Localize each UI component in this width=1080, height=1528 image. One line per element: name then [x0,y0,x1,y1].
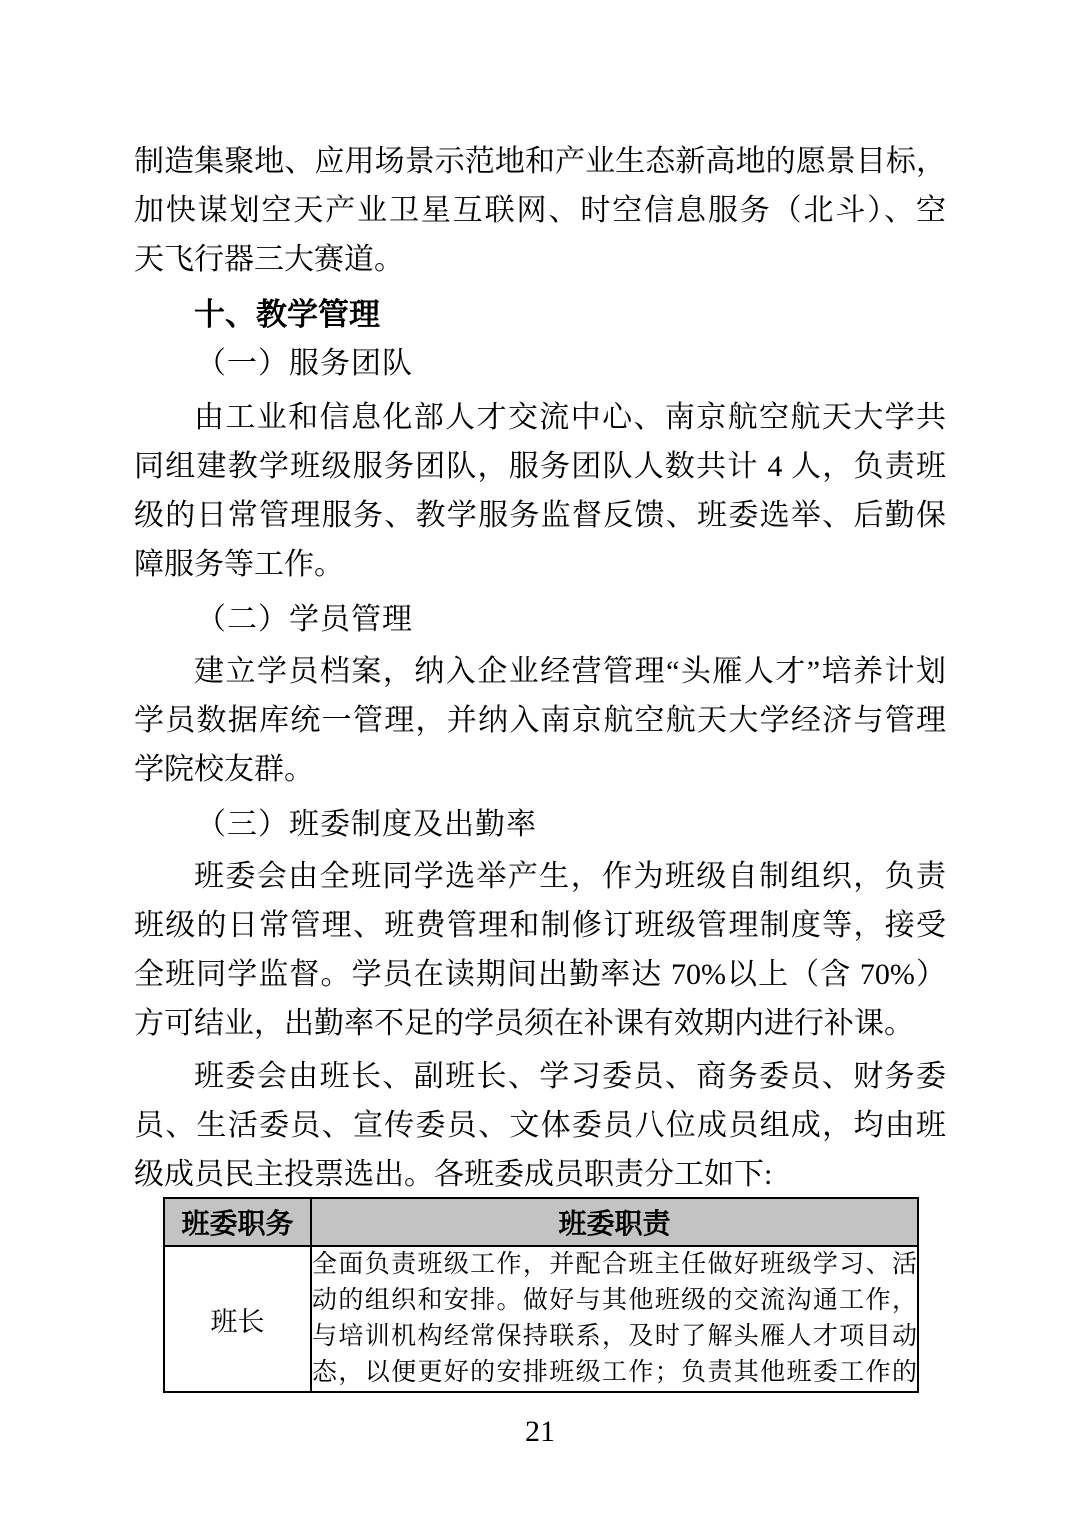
subsection-3-heading: （三）班委制度及出勤率 [134,800,946,849]
subsection-3-paragraph-2: 班委会由班长、副班长、学习委员、商务委员、财务委 员、生活委员、宣传委员、文体委… [134,1052,946,1199]
cell-position: 班长 [164,1246,311,1392]
paragraph-line: 由工业和信息化部人才交流中心、南京航空航天大学共 [134,393,946,442]
table-row: 班长 全面负责班级工作，并配合班主任做好班级学习、活 动的组织和安排。做好与其他… [164,1246,918,1392]
document-page: 制造集聚地、应用场景示范地和产业生态新高地的愿景目标， 加快谋划空天产业卫星互联… [0,0,1080,1528]
committee-table: 班委职务 班委职责 班长 全面负责班级工作，并配合班主任做好班级学习、活 动的组… [163,1197,919,1393]
paragraph-line: 级的日常管理服务、教学服务监督反馈、班委选举、后勤保 [134,491,946,540]
table-header-duty: 班委职责 [311,1198,918,1246]
table-header-row: 班委职务 班委职责 [164,1198,918,1246]
paragraph-line: 班委会由班长、副班长、学习委员、商务委员、财务委 [134,1052,946,1101]
cell-duty: 全面负责班级工作，并配合班主任做好班级学习、活 动的组织和安排。做好与其他班级的… [311,1246,918,1392]
paragraph-line: 建立学员档案，纳入企业经营管理“头雁人才”培养计划 [134,647,946,696]
paragraph-line: 学院校友群。 [134,745,946,794]
page-body: 制造集聚地、应用场景示范地和产业生态新高地的愿景目标， 加快谋划空天产业卫星互联… [134,137,946,1199]
paragraph-line: 方可结业，出勤率不足的学员须在补课有效期内进行补课。 [134,999,946,1048]
duty-line: 与培训机构经常保持联系，及时了解头雁人才项目动 [312,1319,917,1355]
table-header-position: 班委职务 [164,1198,311,1246]
paragraph-line: 制造集聚地、应用场景示范地和产业生态新高地的愿景目标， [134,137,946,186]
subsection-2-paragraph: 建立学员档案，纳入企业经营管理“头雁人才”培养计划 学员数据库统一管理，并纳入南… [134,647,946,794]
paragraph-line: 班委会由全班同学选举产生，作为班级自制组织，负责 [134,852,946,901]
duty-line: 态，以便更好的安排班级工作；负责其他班委工作的 [312,1355,917,1391]
intro-paragraph: 制造集聚地、应用场景示范地和产业生态新高地的愿景目标， 加快谋划空天产业卫星互联… [134,137,946,284]
page-number: 21 [0,1412,1080,1452]
paragraph-line: 班级的日常管理、班费管理和制修订班级管理制度等，接受 [134,901,946,950]
subsection-3-paragraph-1: 班委会由全班同学选举产生，作为班级自制组织，负责 班级的日常管理、班费管理和制修… [134,852,946,1048]
paragraph-line: 级成员民主投票选出。各班委成员职责分工如下: [134,1150,946,1199]
paragraph-line: 同组建教学班级服务团队，服务团队人数共计 4 人，负责班 [134,442,946,491]
paragraph-line: 天飞行器三大赛道。 [134,235,946,284]
subsection-2-heading: （二）学员管理 [134,595,946,644]
paragraph-line: 加快谋划空天产业卫星互联网、时空信息服务（北斗）、空 [134,186,946,235]
paragraph-line: 障服务等工作。 [134,540,946,589]
section-heading: 十、教学管理 [134,290,946,339]
duty-line: 动的组织和安排。做好与其他班级的交流沟通工作， [312,1283,917,1319]
duty-line: 全面负责班级工作，并配合班主任做好班级学习、活 [312,1247,917,1283]
paragraph-line: 员、生活委员、宣传委员、文体委员八位成员组成，均由班 [134,1101,946,1150]
paragraph-line: 全班同学监督。学员在读期间出勤率达 70%以上（含 70%） [134,950,946,999]
subsection-1-heading: （一）服务团队 [134,339,946,388]
subsection-1-paragraph: 由工业和信息化部人才交流中心、南京航空航天大学共 同组建教学班级服务团队，服务团… [134,393,946,589]
paragraph-line: 学员数据库统一管理，并纳入南京航空航天大学经济与管理 [134,696,946,745]
